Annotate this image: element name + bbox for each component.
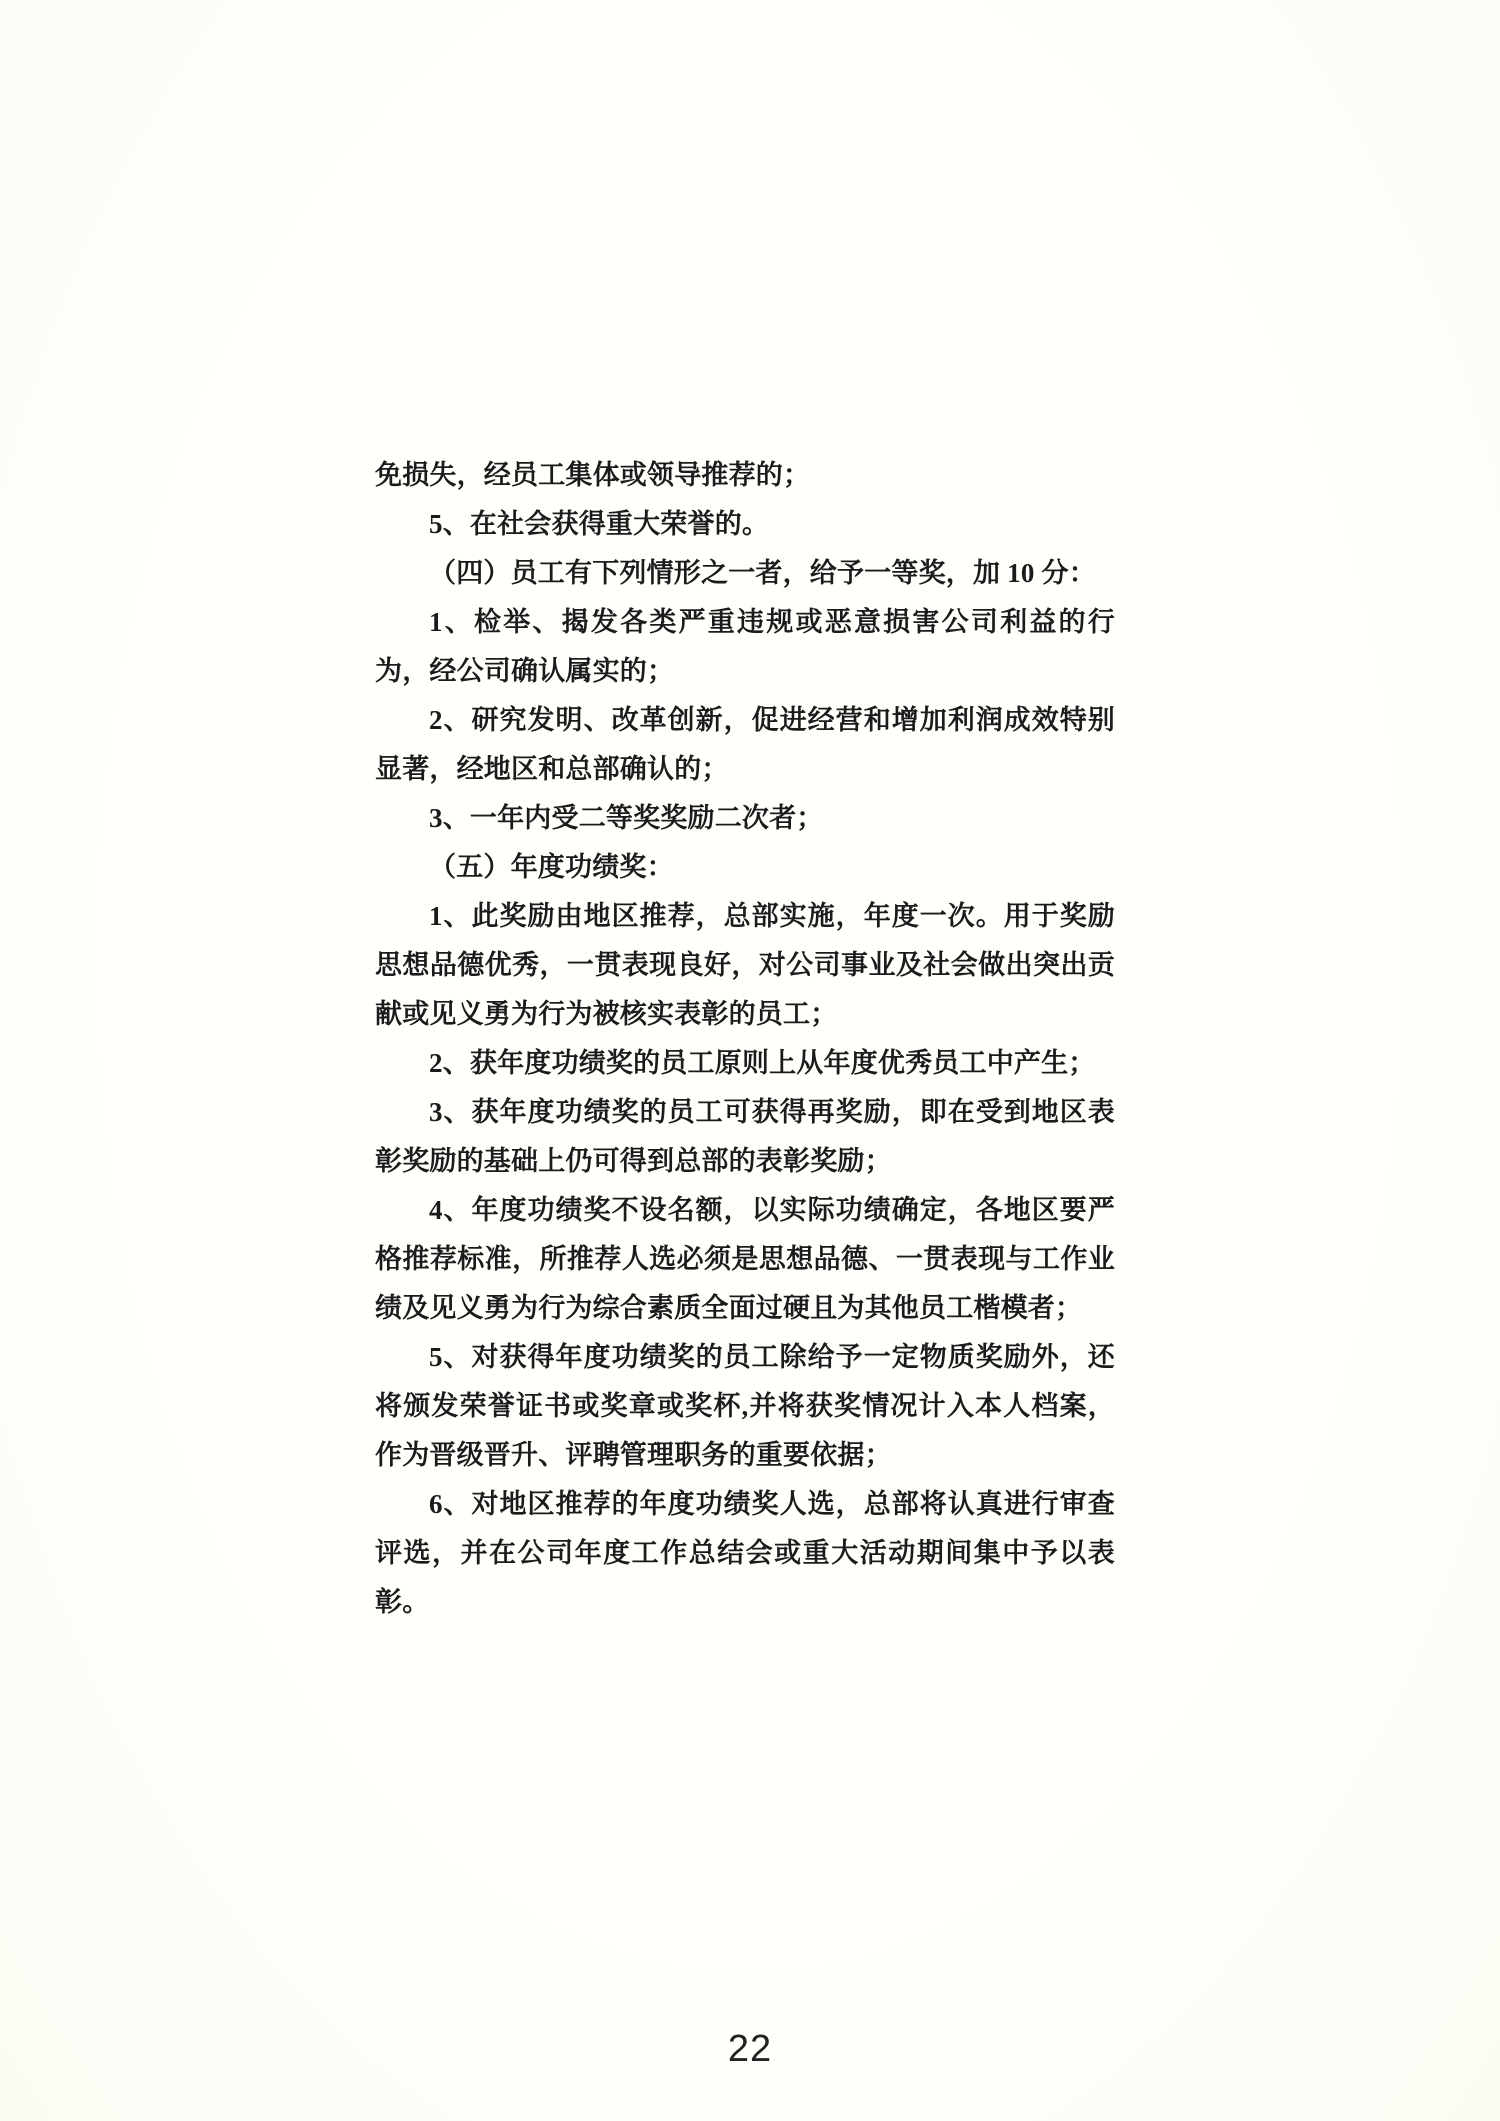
paragraph: 5、在社会获得重大荣誉的。: [375, 500, 1115, 549]
paragraph: 4、年度功绩奖不设名额，以实际功绩确定，各地区要严格推荐标准，所推荐人选必须是思…: [375, 1186, 1115, 1333]
page-number: 22: [0, 2028, 1500, 2071]
paragraph: 1、此奖励由地区推荐，总部实施，年度一次。用于奖励思想品德优秀，一贯表现良好，对…: [375, 892, 1115, 1039]
paragraph: 免损失，经员工集体或领导推荐的；: [375, 451, 1115, 500]
paragraph: 2、研究发明、改革创新，促进经营和增加利润成效特别显著，经地区和总部确认的；: [375, 696, 1115, 794]
paragraph: 5、对获得年度功绩奖的员工除给予一定物质奖励外，还将颁发荣誉证书或奖章或奖杯,并…: [375, 1333, 1115, 1480]
document-page: 免损失，经员工集体或领导推荐的；5、在社会获得重大荣誉的。（四）员工有下列情形之…: [0, 0, 1500, 2121]
paragraph: 3、获年度功绩奖的员工可获得再奖励，即在受到地区表彰奖励的基础上仍可得到总部的表…: [375, 1088, 1115, 1186]
paragraph: （五）年度功绩奖：: [375, 843, 1115, 892]
body-text: 免损失，经员工集体或领导推荐的；5、在社会获得重大荣誉的。（四）员工有下列情形之…: [375, 451, 1115, 1627]
paragraph: 1、检举、揭发各类严重违规或恶意损害公司利益的行为，经公司确认属实的；: [375, 598, 1115, 696]
paragraph: （四）员工有下列情形之一者，给予一等奖，加 10 分：: [375, 549, 1115, 598]
paragraph: 3、一年内受二等奖奖励二次者；: [375, 794, 1115, 843]
paragraph: 2、获年度功绩奖的员工原则上从年度优秀员工中产生；: [375, 1039, 1115, 1088]
paragraph: 6、对地区推荐的年度功绩奖人选，总部将认真进行审查评选，并在公司年度工作总结会或…: [375, 1480, 1115, 1627]
